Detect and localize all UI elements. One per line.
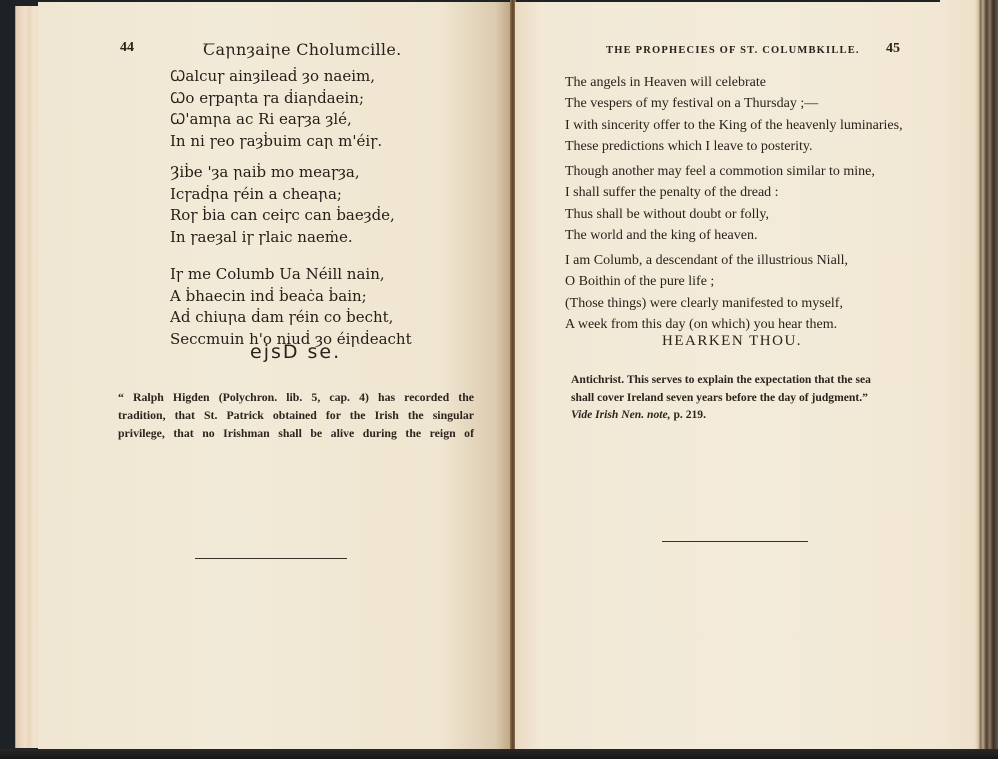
left-page-number: 44 xyxy=(120,40,134,56)
verse-line: In ni ꞅeo ꞅaȝḃuim caꞃ m'éiꞅ. xyxy=(170,131,480,153)
footnote-line: tradition, that St. Patrick obtained for… xyxy=(118,406,474,424)
left-running-title: Ꞇaꞃnȝaiꞃe Cholumcille. xyxy=(203,40,402,59)
footnote-line: shall cover Ireland seven years before t… xyxy=(571,389,931,407)
verse-line: Thus shall be without doubt or folly, xyxy=(565,204,935,225)
verse-line: Ꞷalcuꞅ ainȝileaḋ ȝo naeim, xyxy=(170,66,480,88)
right-page-number: 45 xyxy=(886,41,900,57)
open-book: 44 Ꞇaꞃnȝaiꞃe Cholumcille. Ꞷalcuꞅ ainȝile… xyxy=(0,0,998,759)
right-end-rule xyxy=(662,541,808,542)
gaelic-stanza-1: Ꞷalcuꞅ ainȝileaḋ ȝo naeim, Ꞷo eꞅpaꞃta ꞅa… xyxy=(170,66,480,152)
background-shadow xyxy=(0,749,998,759)
verse-line: I shall suffer the penalty of the dread … xyxy=(565,182,935,203)
gaelic-stanza-3: Iꞅ me Columb Ua Néill nain, A ḃhaecin in… xyxy=(170,264,480,350)
verse-line: The vespers of my festival on a Thursday… xyxy=(565,93,935,114)
footnote-ref-page: p. 219. xyxy=(671,408,706,421)
right-page-edges xyxy=(940,0,998,752)
english-closing: HEARKEN THOU. xyxy=(662,333,802,350)
verse-line: Ꞷo eꞅpaꞃta ꞅa ḋiaꞃḋaein; xyxy=(170,88,480,110)
verse-line: A week from this day (on which) you hear… xyxy=(565,314,935,335)
verse-line: Icꞅaḋꞃa ꞅéin a cheaꞃa; xyxy=(170,184,480,206)
footnote-reference: Vide Irish Nen. note, p. 219. xyxy=(571,406,931,424)
verse-line: In ꞅaeȝal iꞅ ꞅlaic naeṁe. xyxy=(170,227,480,249)
english-stanza-2: Though another may feel a commotion simi… xyxy=(565,161,935,246)
right-footnote: Antichrist. This serves to explain the e… xyxy=(571,371,931,424)
footnote-ref-source: Vide Irish Nen. note, xyxy=(571,408,671,421)
left-end-rule xyxy=(195,558,347,559)
verse-line: (Those things) were clearly manifested t… xyxy=(565,293,935,314)
gaelic-stanza-2: Ȝiḃe 'ȝa ꞃaiḃ mo meaꞅȝa, Icꞅaḋꞃa ꞅéin a … xyxy=(170,162,480,248)
left-footnote: “ Ralph Higden (Polychron. lib. 5, cap. … xyxy=(118,388,474,442)
verse-line: Roꞅ ḃia can ceiꞅc can ḃaeȝḋe, xyxy=(170,205,480,227)
verse-line: The angels in Heaven will celebrate xyxy=(565,72,935,93)
english-stanza-1: The angels in Heaven will celebrate The … xyxy=(565,72,935,157)
gaelic-closing: ejsD se. xyxy=(250,341,341,363)
verse-line: I am Columb, a descendant of the illustr… xyxy=(565,250,935,271)
verse-line: Ȝiḃe 'ȝa ꞃaiḃ mo meaꞅȝa, xyxy=(170,162,480,184)
verse-line: Ꞷ'amꞃa ac Ri eaꞅȝa ȝlé, xyxy=(170,109,480,131)
verse-line: O Boithin of the pure life ; xyxy=(565,271,935,292)
right-running-title: THE PROPHECIES OF ST. COLUMBKILLE. xyxy=(606,45,860,56)
verse-line: The world and the king of heaven. xyxy=(565,225,935,246)
footnote-line: Antichrist. This serves to explain the e… xyxy=(571,371,931,389)
footnote-line: “ Ralph Higden (Polychron. lib. 5, cap. … xyxy=(118,388,474,406)
verse-line: A ḃhaecin inḋ ḃeaċa ḃain; xyxy=(170,286,480,308)
verse-line: Aḋ chiuꞃa ḋam ꞅéin co ḃecht, xyxy=(170,307,480,329)
footnote-line: privilege, that no Irishman shall be ali… xyxy=(118,424,474,442)
verse-line: I with sincerity offer to the King of th… xyxy=(565,115,935,136)
verse-line: Iꞅ me Columb Ua Néill nain, xyxy=(170,264,480,286)
english-stanza-3: I am Columb, a descendant of the illustr… xyxy=(565,250,935,335)
verse-line: Though another may feel a commotion simi… xyxy=(565,161,935,182)
verse-line: These predictions which I leave to poste… xyxy=(565,136,935,157)
